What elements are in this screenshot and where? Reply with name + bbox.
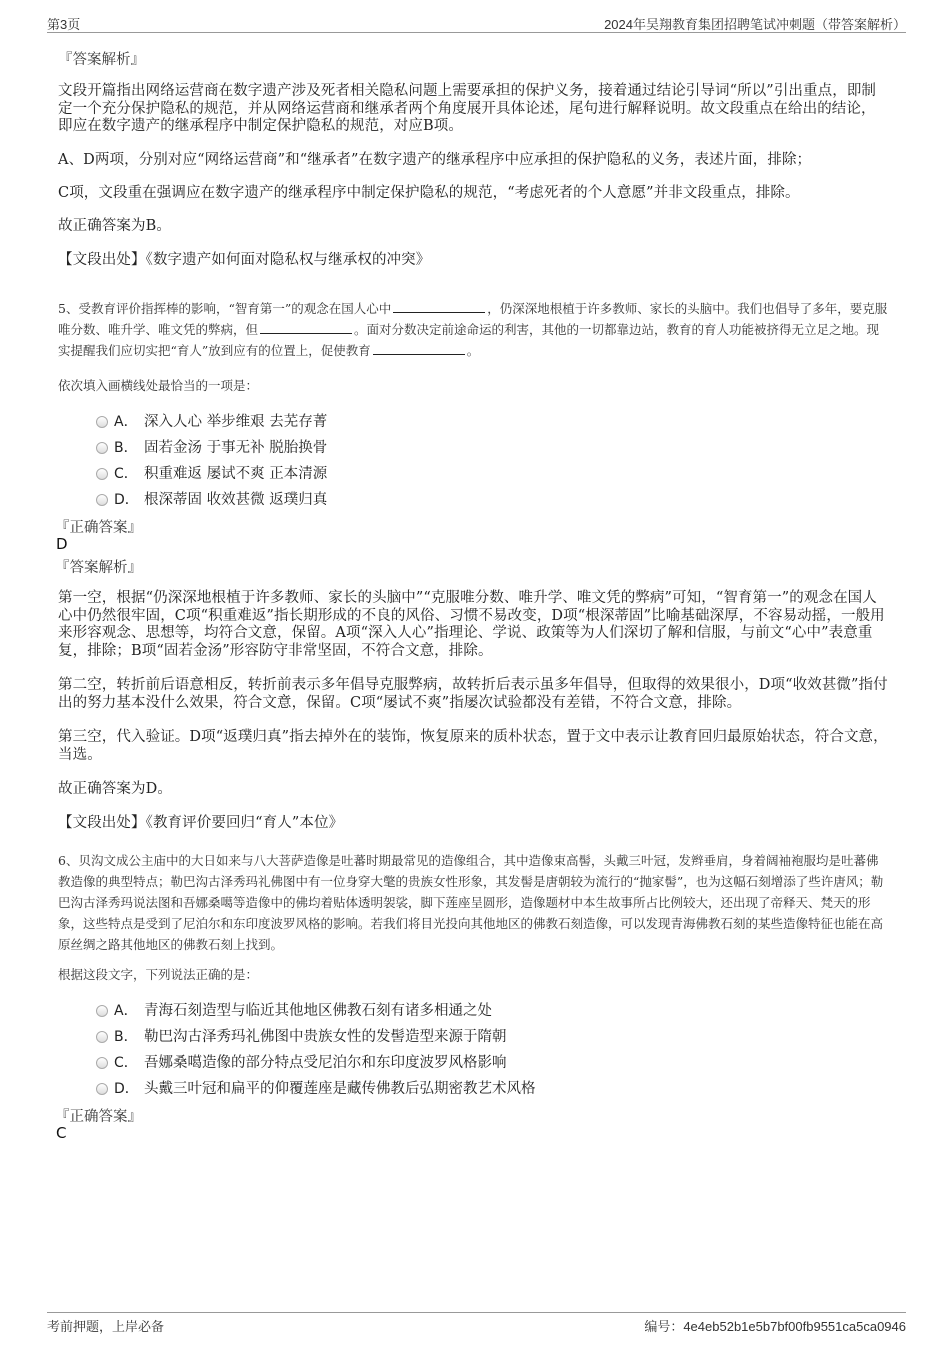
radio-button-icon[interactable]	[96, 1005, 108, 1017]
analysis-paragraph: 第二空，转折前后语意相反，转折前表示多年倡导克服弊病，故转折后表示虽多年倡导，但…	[58, 677, 890, 712]
page-footer: 考前押题，上岸必备 编号：4e4eb52b1e5b7bf00fb9551ca5c…	[47, 1312, 906, 1335]
radio-button-icon[interactable]	[96, 1031, 108, 1043]
source-citation: 【文段出处】《数字遗产如何面对隐私权与继承权的冲突》	[58, 252, 890, 270]
stem-text: 5、受教育评价指挥棒的影响，“智育第一”的观念在国人心中	[58, 301, 391, 316]
source-citation: 【文段出处】《教育评价要回归“育人”本位》	[58, 815, 890, 833]
fill-blank-3	[373, 343, 465, 355]
analysis-paragraph: 第三空，代入验证。D项“返璞归真”指去掉外在的装饰，恢复原来的质朴状态，置于文中…	[58, 729, 890, 764]
analysis-paragraph: 第一空，根据“仍深深地根植于许多教师、家长的头脑中”“克服唯分数、唯升学、唯文凭…	[58, 590, 890, 660]
analysis-paragraph: C项，文段重在强调应在数字遗产的继承程序中制定保护隐私的规范，“考虑死者的个人意…	[58, 185, 890, 203]
correct-answer: D	[56, 535, 888, 553]
q6-option-d[interactable]: D．头戴三叶冠和扁平的仰覆莲座是藏传佛教后弘期密教艺术风格	[96, 1077, 536, 1099]
document-serial: 编号：4e4eb52b1e5b7bf00fb9551ca5ca0946	[644, 1316, 906, 1335]
footer-slogan: 考前押题，上岸必备	[47, 1316, 164, 1335]
question-5-stem: 5、受教育评价指挥棒的影响，“智育第一”的观念在国人心中，仍深深地根植于许多教师…	[58, 298, 890, 361]
question-6-prompt: 根据这段文字，下列说法正确的是：	[58, 965, 890, 983]
radio-button-icon[interactable]	[96, 1083, 108, 1095]
radio-button-icon[interactable]	[96, 1057, 108, 1069]
question-5-prompt: 依次填入画横线处最恰当的一项是：	[58, 376, 890, 394]
analysis-tag: 『答案解析』	[58, 48, 890, 69]
analysis-tag: 『答案解析』	[55, 556, 887, 577]
page-header: 第3页 2024年吴翔教育集团招聘笔试冲刺题（带答案解析）	[47, 12, 906, 33]
fill-blank-1	[393, 301, 485, 313]
page-number: 第3页	[47, 14, 80, 33]
document-title: 2024年吴翔教育集团招聘笔试冲刺题（带答案解析）	[604, 14, 906, 33]
analysis-paragraph: 文段开篇指出网络运营商在数字遗产涉及死者相关隐私问题上需要承担的保护义务，接着通…	[58, 83, 890, 136]
radio-button-icon[interactable]	[96, 494, 108, 506]
correct-answer: C	[56, 1124, 888, 1142]
q5-option-a[interactable]: A．深入人心 举步维艰 去芜存菁	[96, 410, 327, 432]
q6-option-a[interactable]: A．青海石刻造型与临近其他地区佛教石刻有诸多相通之处	[96, 999, 492, 1021]
radio-button-icon[interactable]	[96, 468, 108, 480]
analysis-paragraph: 故正确答案为D。	[58, 781, 890, 799]
q5-option-d[interactable]: D．根深蒂固 收效甚微 返璞归真	[96, 488, 327, 510]
stem-text: 。	[467, 343, 480, 358]
q6-option-b[interactable]: B．勒巴沟古泽秀玛礼佛图中贵族女性的发髻造型来源于隋朝	[96, 1025, 507, 1047]
radio-button-icon[interactable]	[96, 416, 108, 428]
correct-answer-tag: 『正确答案』	[55, 1105, 887, 1126]
question-6-stem: 6、贝沟文成公主庙中的大日如来与八大菩萨造像是吐蕃时期最常见的造像组合，其中造像…	[58, 850, 890, 955]
q5-option-b[interactable]: B．固若金汤 于事无补 脱胎换骨	[96, 436, 327, 458]
radio-button-icon[interactable]	[96, 442, 108, 454]
analysis-paragraph: A、D两项，分别对应“网络运营商”和“继承者”在数字遗产的继承程序中应承担的保护…	[58, 152, 890, 170]
correct-answer-tag: 『正确答案』	[55, 516, 887, 537]
analysis-paragraph: 故正确答案为B。	[58, 218, 890, 236]
q5-option-c[interactable]: C．积重难返 屡试不爽 正本清源	[96, 462, 327, 484]
fill-blank-2	[260, 322, 352, 334]
q6-option-c[interactable]: C．吾娜桑噶造像的部分特点受尼泊尔和东印度波罗风格影响	[96, 1051, 507, 1073]
